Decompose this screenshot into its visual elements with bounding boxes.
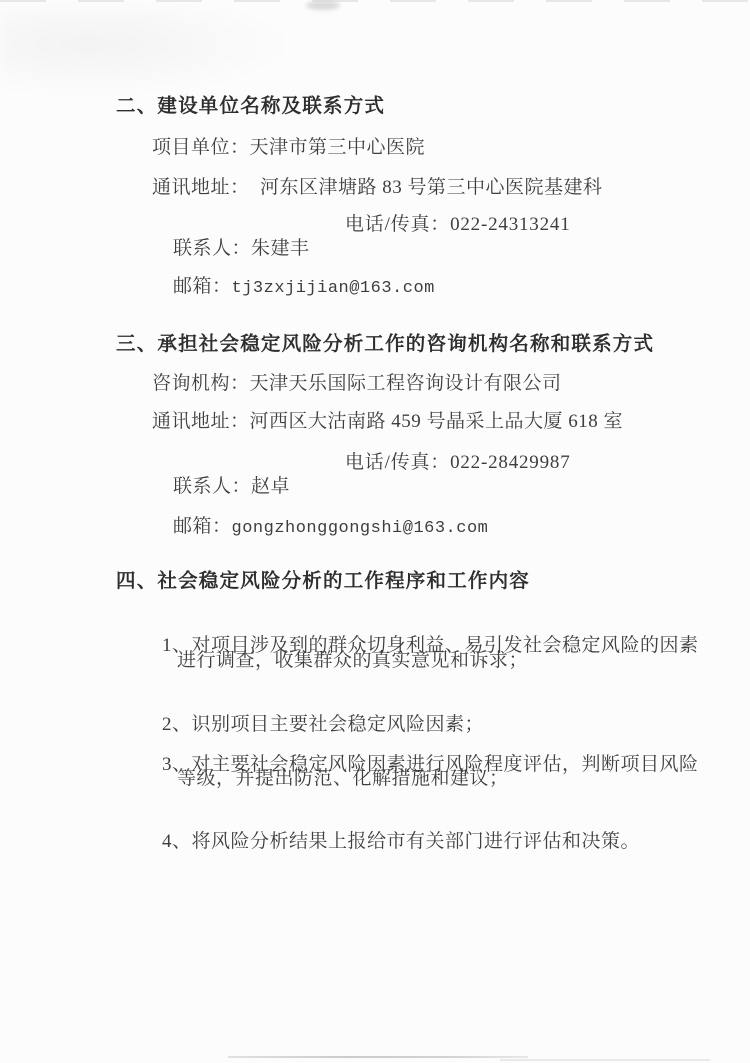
owner-phone-fax: 电话/传真：022-24313241 <box>345 213 571 237</box>
section-heading-owner: 二、建设单位名称及联系方式 <box>116 95 385 119</box>
section-heading-procedure: 四、社会稳定风险分析的工作程序和工作内容 <box>116 570 530 594</box>
procedure-item-1-line-2: 进行调查，收集群众的真实意见和诉求； <box>177 649 528 673</box>
scan-artifact-bottom-line-2 <box>500 1059 710 1061</box>
procedure-item-4-text: 将风险分析结果上报给市有关部门进行评估和决策。 <box>192 831 641 852</box>
consultant-phone-fax: 电话/传真：022-28429987 <box>345 451 571 475</box>
scan-artifact-top-smudge <box>306 1 340 10</box>
owner-email-address: tj3zxjijian@163.com <box>232 279 435 298</box>
scan-artifact-corner-blob <box>0 8 300 98</box>
consultant-address: 通讯地址：河西区大沽南路 459 号晶采上品大厦 618 室 <box>152 410 623 434</box>
procedure-item-4-line-1: 4、将风险分析结果上报给市有关部门进行评估和决策。 <box>141 806 640 878</box>
procedure-item-4-number: 4、 <box>162 830 192 854</box>
scan-artifact-bottom-line <box>228 1056 528 1058</box>
scan-artifact-top-edge <box>0 0 750 2</box>
consultant-email-row: 邮箱：gongzhonggongshi@163.com <box>152 491 488 565</box>
owner-project-unit: 项目单位：天津市第三中心医院 <box>152 136 425 160</box>
consultant-agency: 咨询机构：天津天乐国际工程咨询设计有限公司 <box>152 372 562 396</box>
owner-address: 通讯地址： 河东区津塘路 83 号第三中心医院基建科 <box>152 176 603 200</box>
owner-email-label: 邮箱： <box>173 276 232 297</box>
consultant-email-label: 邮箱： <box>173 516 232 537</box>
procedure-item-3-line-2: 等级，并提出防范、化解措施和建议； <box>177 767 509 791</box>
section-heading-consultant: 三、承担社会稳定风险分析工作的咨询机构名称和联系方式 <box>116 333 654 357</box>
document-page: 二、建设单位名称及联系方式 项目单位：天津市第三中心医院 通讯地址： 河东区津塘… <box>0 0 750 1063</box>
owner-email-row: 邮箱：tj3zxjijian@163.com <box>152 251 435 325</box>
consultant-email-address: gongzhonggongshi@163.com <box>232 519 489 538</box>
